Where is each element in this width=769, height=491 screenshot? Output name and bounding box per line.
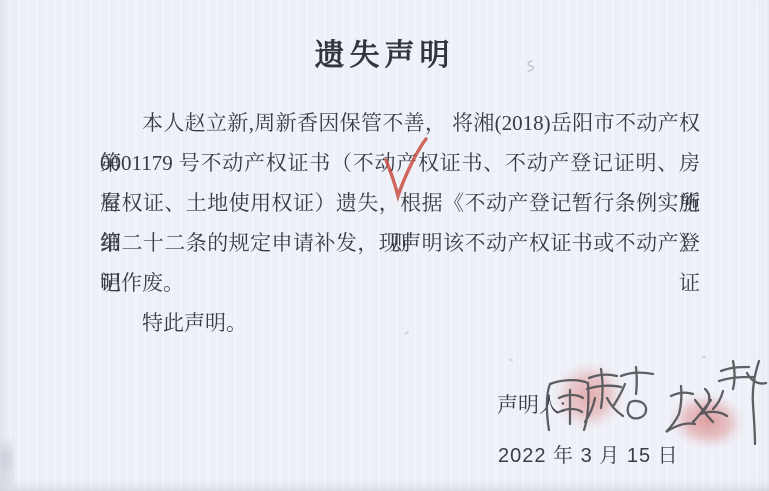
closing-line: 特此声明。 bbox=[100, 303, 700, 343]
scan-speck bbox=[702, 356, 706, 359]
scan-smudge bbox=[523, 58, 537, 74]
date-line: 2022 年 3 月 15 日 bbox=[498, 443, 679, 469]
document-title: 遗失声明 bbox=[0, 34, 769, 78]
handwritten-signature bbox=[533, 356, 769, 448]
scanner-edge-smudge bbox=[0, 436, 13, 486]
red-checkmark-icon bbox=[376, 136, 432, 206]
scan-speck bbox=[509, 358, 513, 361]
body-line: 第二十二条的规定申请补发，现声明该不动产权证书或不动产登记证 bbox=[100, 223, 700, 263]
scanned-document-page: 遗失声明 本人赵立新,周新香因保管不善， 将湘(2018)岳阳市不动产权第 00… bbox=[0, 0, 769, 491]
